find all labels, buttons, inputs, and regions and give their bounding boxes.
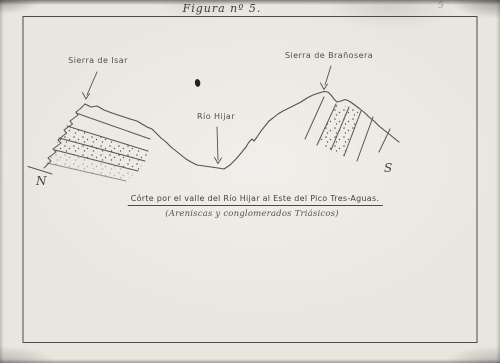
figure-title: Figura nº 5. [183, 2, 262, 15]
stratum-line [357, 117, 373, 161]
label-sierra-de-isar: Sierra de Isar [68, 56, 128, 65]
scanned-figure-page: Figura nº 5. 5 Sierra de Isar Sierra de … [0, 0, 500, 363]
left-base-stroke [28, 167, 52, 175]
arrow-rio-hijar [215, 127, 222, 164]
cross-section-drawing [0, 0, 500, 363]
stratum-line [305, 97, 324, 139]
ink-blot [195, 79, 200, 87]
figure-frame [23, 17, 477, 343]
page-number: 5 [438, 1, 444, 11]
arrow-sierra-isar [83, 72, 98, 99]
figure-subcaption: (Areniscas y conglomerados Triásicos) [165, 209, 339, 219]
figure-caption: Córte por el valle del Río Hijar al Este… [128, 194, 383, 206]
arrow-sierra-branosera [321, 66, 332, 90]
stratum-line [379, 129, 390, 152]
label-sierra-de-branosera: Sierra de Brañosera [285, 51, 373, 60]
label-south: S [384, 161, 392, 175]
label-rio-hijar: Río Hijar [197, 112, 235, 121]
label-north: N [36, 174, 47, 188]
